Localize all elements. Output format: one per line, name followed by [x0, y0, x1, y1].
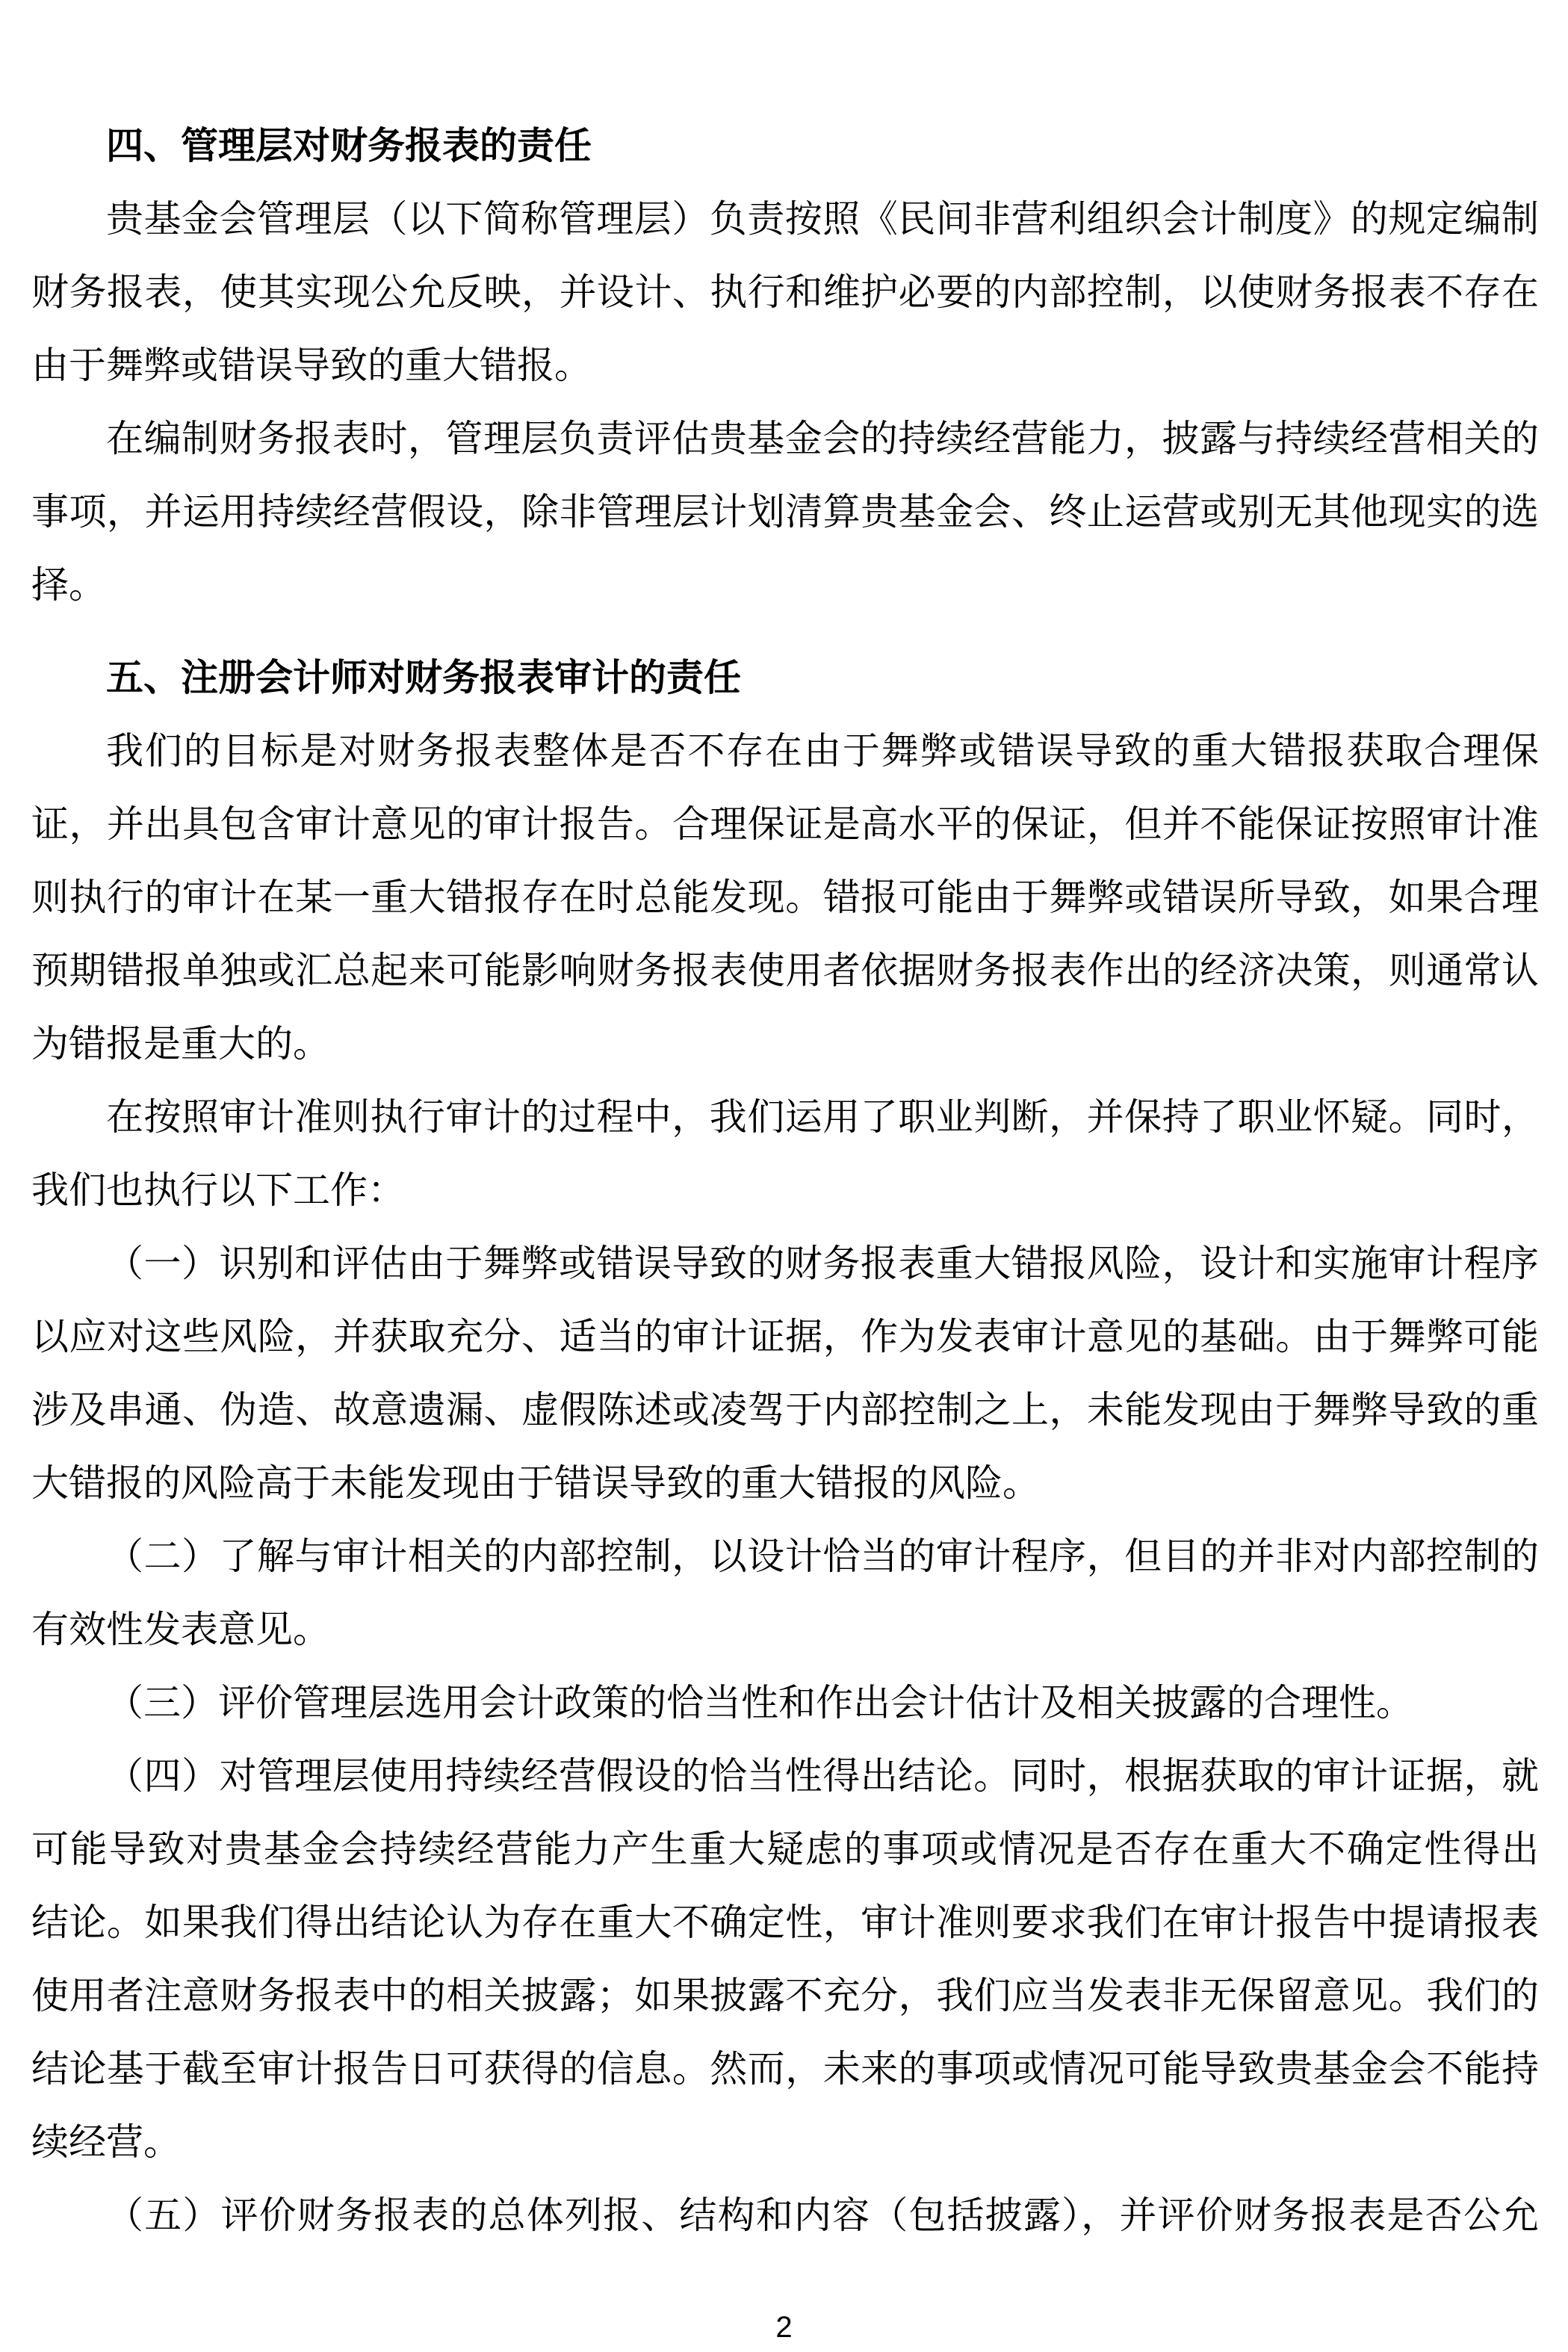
page-footer: 2: [0, 2305, 1568, 2350]
text-line: 可能导致对贵基金会持续经营能力产生重大疑虑的事项或情况是否存在重大不确定性得出: [31, 1813, 1539, 1886]
text-line: 我们的目标是对财务报表整体是否不存在由于舞弊或错误导致的重大错报获取合理保: [31, 714, 1539, 787]
text-line: （四）对管理层使用持续经营假设的恰当性得出结论。同时，根据获取的审计证据，就: [31, 1739, 1539, 1813]
paragraph: （四）对管理层使用持续经营假设的恰当性得出结论。同时，根据获取的审计证据，就可能…: [31, 1739, 1539, 2179]
text-line: 贵基金会管理层（以下简称管理层）负责按照《民间非营利组织会计制度》的规定编制: [31, 182, 1539, 256]
text-line: 结论基于截至审计报告日可获得的信息。然而，未来的事项或情况可能导致贵基金会不能持: [31, 2032, 1539, 2105]
text-line: 则执行的审计在某一重大错报存在时总能发现。错报可能由于舞弊或错误所导致，如果合理: [31, 861, 1539, 934]
paragraph: （三）评价管理层选用会计政策的恰当性和作出会计估计及相关披露的合理性。: [31, 1666, 1539, 1739]
text-line: 有效性发表意见。: [31, 1593, 1539, 1666]
page-number: 2: [775, 2311, 792, 2344]
paragraph: 在按照审计准则执行审计的过程中，我们运用了职业判断，并保持了职业怀疑。同时，我们…: [31, 1080, 1539, 1227]
text-line: 择。: [31, 548, 1539, 622]
text-line: （五）评价财务报表的总体列报、结构和内容（包括披露），并评价财务报表是否公允: [31, 2179, 1539, 2252]
paragraph: 在编制财务报表时，管理层负责评估贵基金会的持续经营能力，披露与持续经营相关的事项…: [31, 402, 1539, 622]
text-line: 以应对这些风险，并获取充分、适当的审计证据，作为发表审计意见的基础。由于舞弊可能: [31, 1300, 1539, 1373]
section-heading: 四、管理层对财务报表的责任: [31, 109, 1539, 182]
text-line: 在按照审计准则执行审计的过程中，我们运用了职业判断，并保持了职业怀疑。同时，: [31, 1080, 1539, 1154]
text-line: 涉及串通、伪造、故意遗漏、虚假陈述或凌驾于内部控制之上，未能发现由于舞弊导致的重: [31, 1373, 1539, 1446]
text-line: 为错报是重大的。: [31, 1007, 1539, 1080]
section-heading: 五、注册会计师对财务报表审计的责任: [31, 641, 1539, 714]
text-line: （三）评价管理层选用会计政策的恰当性和作出会计估计及相关披露的合理性。: [31, 1666, 1539, 1739]
text-line: 结论。如果我们得出结论认为存在重大不确定性，审计准则要求我们在审计报告中提请报表: [31, 1886, 1539, 1959]
text-line: 预期错报单独或汇总起来可能影响财务报表使用者依据财务报表作出的经济决策，则通常认: [31, 934, 1539, 1007]
text-line: 使用者注意财务报表中的相关披露；如果披露不充分，我们应当发表非无保留意见。我们的: [31, 1959, 1539, 2032]
document-page: 四、管理层对财务报表的责任贵基金会管理层（以下简称管理层）负责按照《民间非营利组…: [0, 0, 1568, 2352]
text-line: 大错报的风险高于未能发现由于错误导致的重大错报的风险。: [31, 1446, 1539, 1520]
text-line: （一）识别和评估由于舞弊或错误导致的财务报表重大错报风险，设计和实施审计程序: [31, 1227, 1539, 1300]
paragraph: （二）了解与审计相关的内部控制，以设计恰当的审计程序，但目的并非对内部控制的有效…: [31, 1520, 1539, 1666]
text-line: 在编制财务报表时，管理层负责评估贵基金会的持续经营能力，披露与持续经营相关的: [31, 402, 1539, 475]
paragraph: （一）识别和评估由于舞弊或错误导致的财务报表重大错报风险，设计和实施审计程序以应…: [31, 1227, 1539, 1520]
text-line: 我们也执行以下工作：: [31, 1154, 1539, 1227]
text-line: 事项，并运用持续经营假设，除非管理层计划清算贵基金会、终止运营或别无其他现实的选: [31, 475, 1539, 548]
paragraph: 我们的目标是对财务报表整体是否不存在由于舞弊或错误导致的重大错报获取合理保证，并…: [31, 714, 1539, 1080]
text-line: 由于舞弊或错误导致的重大错报。: [31, 329, 1539, 402]
text-line: （二）了解与审计相关的内部控制，以设计恰当的审计程序，但目的并非对内部控制的: [31, 1520, 1539, 1593]
paragraph: 贵基金会管理层（以下简称管理层）负责按照《民间非营利组织会计制度》的规定编制财务…: [31, 182, 1539, 402]
text-line: 证，并出具包含审计意见的审计报告。合理保证是高水平的保证，但并不能保证按照审计准: [31, 787, 1539, 861]
document-body: 四、管理层对财务报表的责任贵基金会管理层（以下简称管理层）负责按照《民间非营利组…: [31, 109, 1539, 2252]
text-line: 续经营。: [31, 2105, 1539, 2179]
text-line: 财务报表，使其实现公允反映，并设计、执行和维护必要的内部控制，以使财务报表不存在: [31, 256, 1539, 329]
paragraph: （五）评价财务报表的总体列报、结构和内容（包括披露），并评价财务报表是否公允: [31, 2179, 1539, 2252]
